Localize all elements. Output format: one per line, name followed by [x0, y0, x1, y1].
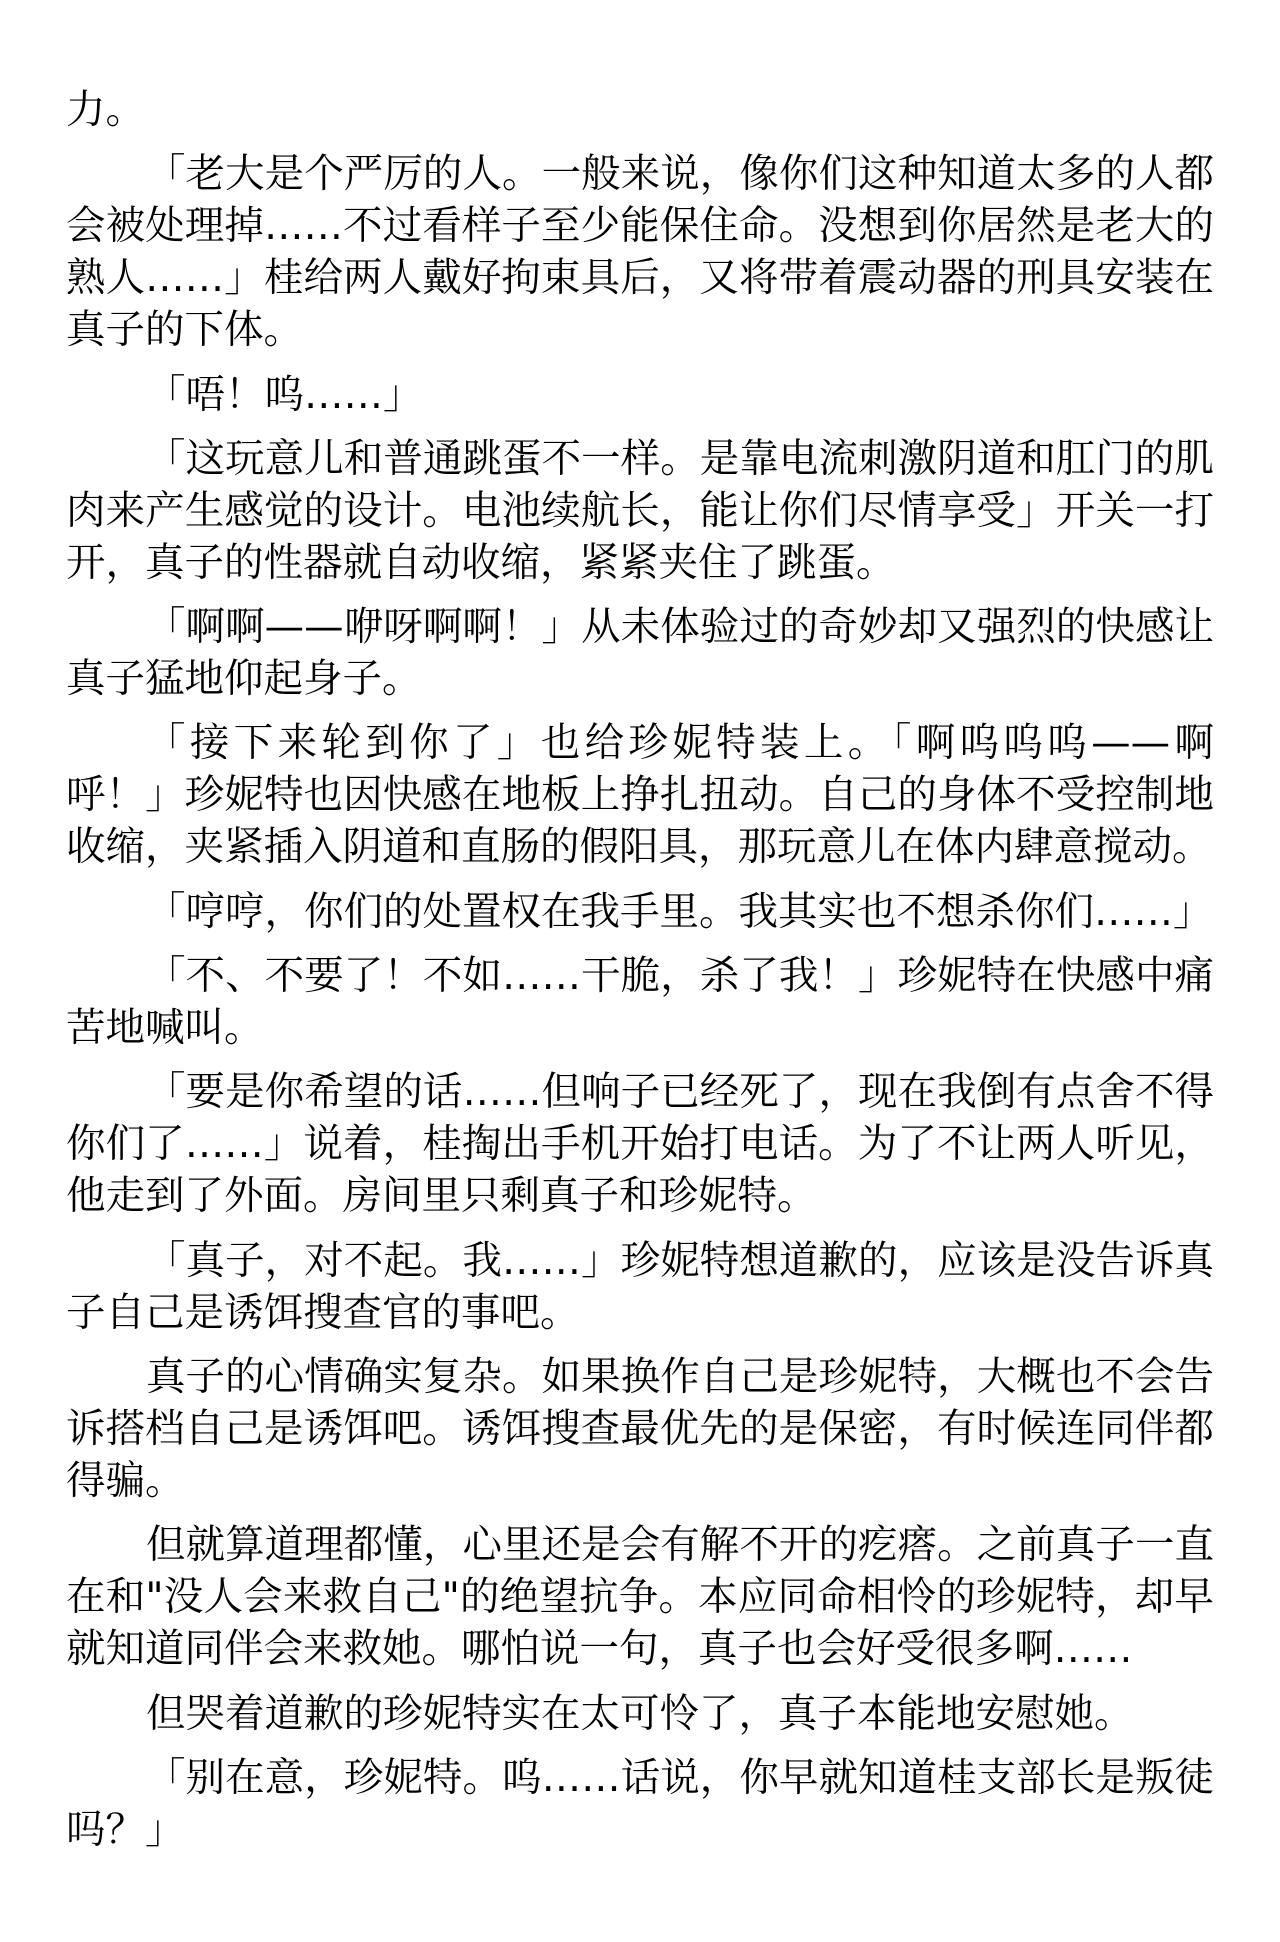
page-body: 力。「老大是个严厉的人。一般来说，像你们这种知道太多的人都会被处理掉……不过看样… — [66, 84, 1214, 1856]
text-line: 「要是你希望的话……但响子已经死了，现在我倒有点舍不得 — [66, 1066, 1214, 1118]
paragraph: 「真子，对不起。我……」珍妮特想道歉的，应该是没告诉真子自己是诱饵搜查官的事吧。 — [66, 1235, 1214, 1339]
paragraph: 「唔！呜……」 — [66, 369, 1214, 421]
text-line: 吗？」 — [66, 1804, 1214, 1856]
paragraph: 「不、不要了！不如……干脆，杀了我！」珍妮特在快感中痛苦地喊叫。 — [66, 950, 1214, 1054]
text-line: 但哭着道歉的珍妮特实在太可怜了，真子本能地安慰她。 — [66, 1688, 1214, 1740]
text-line: 熟人……」桂给两人戴好拘束具后，又将带着震动器的刑具安装在 — [66, 252, 1214, 304]
text-line: 在和"没人会来救自己"的绝望抗争。本应同命相怜的珍妮特，却早 — [66, 1571, 1214, 1623]
text-line: 力。 — [66, 84, 1214, 136]
text-line: 「这玩意儿和普通跳蛋不一样。是靠电流刺激阴道和肛门的肌 — [66, 433, 1214, 485]
text-line: 「不、不要了！不如……干脆，杀了我！」珍妮特在快感中痛 — [66, 950, 1214, 1002]
text-line: 你们了……」说着，桂掏出手机开始打电话。为了不让两人听见， — [66, 1118, 1214, 1170]
text-line: 「哼哼，你们的处置权在我手里。我其实也不想杀你们……」 — [66, 886, 1214, 938]
paragraph: 但哭着道歉的珍妮特实在太可怜了，真子本能地安慰她。 — [66, 1688, 1214, 1740]
paragraph: 「啊啊——咿呀啊啊！」从未体验过的奇妙却又强烈的快感让真子猛地仰起身子。 — [66, 601, 1214, 705]
text-line: 「别在意，珍妮特。呜……话说，你早就知道桂支部长是叛徒 — [66, 1752, 1214, 1804]
text-line: 他走到了外面。房间里只剩真子和珍妮特。 — [66, 1170, 1214, 1222]
paragraph: 「老大是个严厉的人。一般来说，像你们这种知道太多的人都会被处理掉……不过看样子至… — [66, 148, 1214, 356]
text-line: 收缩，夹紧插入阴道和直肠的假阳具，那玩意儿在体内肆意搅动。 — [66, 821, 1214, 873]
paragraph: 「这玩意儿和普通跳蛋不一样。是靠电流刺激阴道和肛门的肌肉来产生感觉的设计。电池续… — [66, 433, 1214, 589]
document-page: 力。「老大是个严厉的人。一般来说，像你们这种知道太多的人都会被处理掉……不过看样… — [0, 0, 1280, 1942]
text-line: 肉来产生感觉的设计。电池续航长，能让你们尽情享受」开关一打 — [66, 485, 1214, 537]
text-line: 但就算道理都懂，心里还是会有解不开的疙瘩。之前真子一直 — [66, 1519, 1214, 1571]
paragraph: 真子的心情确实复杂。如果换作自己是珍妮特，大概也不会告诉搭档自己是诱饵吧。诱饵搜… — [66, 1351, 1214, 1507]
text-line: 真子的下体。 — [66, 304, 1214, 356]
paragraph: 「要是你希望的话……但响子已经死了，现在我倒有点舍不得你们了……」说着，桂掏出手… — [66, 1066, 1214, 1222]
text-line: 「接下来轮到你了」也给珍妮特装上。「啊呜呜呜——啊 — [66, 717, 1214, 769]
text-line: 苦地喊叫。 — [66, 1002, 1214, 1054]
paragraph: 但就算道理都懂，心里还是会有解不开的疙瘩。之前真子一直在和"没人会来救自己"的绝… — [66, 1519, 1214, 1675]
paragraph: 力。 — [66, 84, 1214, 136]
text-line: 就知道同伴会来救她。哪怕说一句，真子也会好受很多啊…… — [66, 1623, 1214, 1675]
text-line: 「老大是个严厉的人。一般来说，像你们这种知道太多的人都 — [66, 148, 1214, 200]
text-line: 得骗。 — [66, 1455, 1214, 1507]
text-line: 开，真子的性器就自动收缩，紧紧夹住了跳蛋。 — [66, 537, 1214, 589]
text-line: 呼！」珍妮特也因快感在地板上挣扎扭动。自己的身体不受控制地 — [66, 769, 1214, 821]
paragraph: 「别在意，珍妮特。呜……话说，你早就知道桂支部长是叛徒吗？」 — [66, 1752, 1214, 1856]
text-line: 「啊啊——咿呀啊啊！」从未体验过的奇妙却又强烈的快感让 — [66, 601, 1214, 653]
paragraph: 「接下来轮到你了」也给珍妮特装上。「啊呜呜呜——啊呼！」珍妮特也因快感在地板上挣… — [66, 717, 1214, 873]
text-line: 诉搭档自己是诱饵吧。诱饵搜查最优先的是保密，有时候连同伴都 — [66, 1403, 1214, 1455]
text-line: 真子猛地仰起身子。 — [66, 653, 1214, 705]
text-line: 「真子，对不起。我……」珍妮特想道歉的，应该是没告诉真 — [66, 1235, 1214, 1287]
text-line: 会被处理掉……不过看样子至少能保住命。没想到你居然是老大的 — [66, 200, 1214, 252]
paragraph: 「哼哼，你们的处置权在我手里。我其实也不想杀你们……」 — [66, 886, 1214, 938]
text-line: 子自己是诱饵搜查官的事吧。 — [66, 1287, 1214, 1339]
text-line: 「唔！呜……」 — [66, 369, 1214, 421]
text-line: 真子的心情确实复杂。如果换作自己是珍妮特，大概也不会告 — [66, 1351, 1214, 1403]
